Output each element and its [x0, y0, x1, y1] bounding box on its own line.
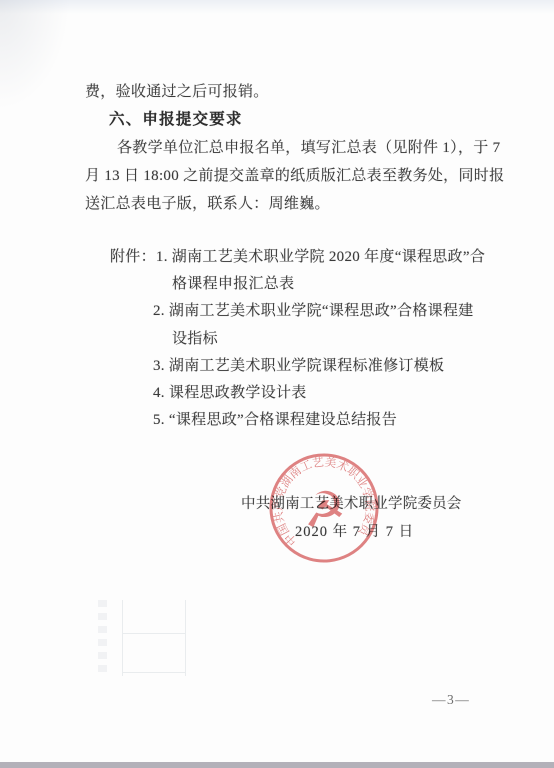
- bleedthrough-text-artifact: [98, 600, 107, 672]
- hammer-sickle-icon: ☭: [300, 480, 349, 540]
- attachment-line: 2. 湖南工艺美术职业学院“课程思政”合格课程建: [153, 299, 474, 320]
- body-text-line: 送汇总表电子版，联系人：周维巍。: [85, 192, 330, 213]
- attachment-line: 设指标: [172, 327, 218, 348]
- attachment-line: 3. 湖南工艺美术职业学院课程标准修订模板: [153, 354, 444, 375]
- scan-corner-shadow: [0, 0, 70, 110]
- bleedthrough-line: [123, 633, 185, 634]
- attachment-line: 格课程申报汇总表: [172, 272, 294, 293]
- body-text-line: 费，验收通过之后可报销。: [85, 80, 269, 101]
- bleedthrough-line: [123, 672, 185, 673]
- scanned-document-page: 费，验收通过之后可报销。 六、申报提交要求 各教学单位汇总申报名单，填写汇总表（…: [0, 0, 554, 768]
- section-heading: 六、申报提交要求: [109, 107, 243, 129]
- bleedthrough-table-artifact: [122, 600, 186, 676]
- page-number: —3—: [432, 692, 470, 708]
- body-text-line: 月 13 日 18:00 之前提交盖章的纸质版汇总表至教务处，同时报: [85, 164, 504, 185]
- scan-top-smudge: [0, 0, 554, 14]
- body-text-line: 各教学单位汇总申报名单，填写汇总表（见附件 1），于 7: [117, 136, 500, 157]
- official-seal: 中国共产党湖南工艺美术职业学院委员会 ☭: [246, 430, 402, 586]
- scan-edge: [0, 762, 554, 768]
- attachment-line: 5. “课程思政”合格课程建设总结报告: [153, 408, 397, 429]
- attachment-line: 4. 课程思政教学设计表: [153, 381, 307, 402]
- attachment-line: 附件：1. 湖南工艺美术职业学院 2020 年度“课程思政”合: [110, 245, 485, 266]
